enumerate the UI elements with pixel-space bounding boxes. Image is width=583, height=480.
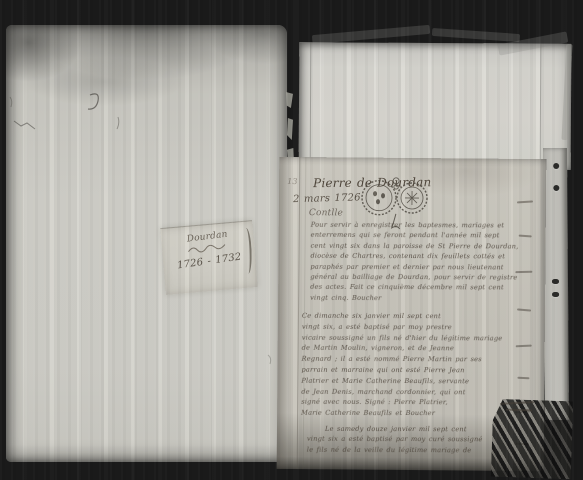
page-fold-line bbox=[310, 42, 312, 168]
crumpled-corner bbox=[491, 399, 574, 480]
manuscript-line: enterremens qui se feront pendant l'anné… bbox=[311, 230, 521, 241]
margin-scribble bbox=[515, 271, 532, 273]
manuscript-line: paraphés par premier et dernier par nous… bbox=[310, 261, 520, 272]
torn-page-fragment bbox=[286, 92, 293, 108]
manuscript-line: vingt cinq. Boucher bbox=[310, 293, 520, 304]
crumpled-edge-highlight bbox=[312, 25, 430, 44]
left-blank-page: Dourdan 1726 - 1732 bbox=[6, 25, 287, 462]
manuscript-line: le fils né de la veille du légitime mari… bbox=[307, 444, 517, 455]
binding-hole bbox=[552, 292, 559, 297]
torn-page-fragment bbox=[287, 118, 293, 140]
page-fold-line bbox=[540, 44, 542, 170]
scanned-register-photo: Dourdan 1726 - 1732 13 Pierre de Dourdan… bbox=[0, 0, 583, 480]
manuscript-line: Platrier et Marie Catherine Beaufils, se… bbox=[301, 375, 519, 387]
register-opening-paragraph: Pour servir à enregistrer les baptesmes,… bbox=[310, 219, 521, 304]
manuscript-line: Ce dimanche six janvier mil sept cent bbox=[302, 311, 520, 323]
binding-hole bbox=[553, 163, 559, 169]
register-date: 2 mars 1726 bbox=[293, 192, 361, 205]
page-edges-strip bbox=[543, 148, 569, 420]
second-act-paragraph: Le samedy douze janvier mil sept centvin… bbox=[307, 423, 517, 456]
manuscript-line: vingt six, a esté baptisé par moy prestr… bbox=[302, 321, 520, 333]
manuscript-line: Marie Catherine Beaufils et Boucher bbox=[301, 408, 519, 420]
crumpled-edge-highlight bbox=[432, 28, 520, 42]
upper-blank-page bbox=[299, 42, 572, 169]
manuscript-line: parrain et marraine qui ont esté Pierre … bbox=[301, 365, 519, 377]
manuscript-line: des actes. Fait ce cinquième décembre mi… bbox=[310, 282, 520, 293]
folio-mark: 13 bbox=[287, 177, 298, 186]
margin-scribble bbox=[516, 345, 532, 348]
binding-hole bbox=[553, 185, 559, 191]
manuscript-line: diocèse de Chartres, contenant dix feuil… bbox=[310, 251, 520, 262]
register-subscript: Contlle bbox=[309, 208, 343, 218]
margin-scribble bbox=[517, 200, 533, 203]
manuscript-line: Regnard ; il a esté nommé Pierre Martin … bbox=[302, 354, 520, 366]
manuscript-line: vingt six a esté baptisé par moy curé so… bbox=[307, 434, 517, 445]
binding-hole bbox=[552, 279, 559, 284]
archive-label: Dourdan 1726 - 1732 bbox=[160, 220, 257, 295]
baptism-act-paragraph: Ce dimanche six janvier mil sept centvin… bbox=[301, 310, 520, 420]
